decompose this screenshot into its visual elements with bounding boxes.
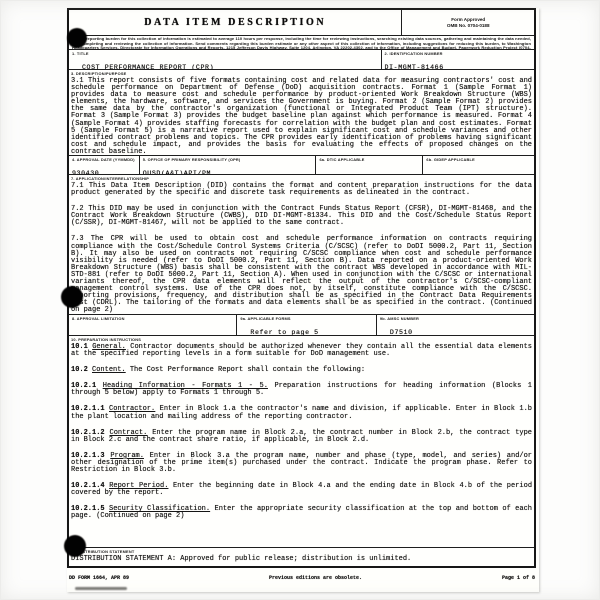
block-3-description-purpose: 3. DESCRIPTION/PURPOSE 3.1 This report c… (69, 69, 534, 155)
form-approved-box: Form Approved OMB No. 0704-0188 (401, 10, 534, 35)
approval-date-label: 4. APPROVAL DATE (YYMMDD) (72, 157, 136, 162)
distribution-statement-value: DISTRIBUTION STATEMENT A: Approved for p… (71, 556, 532, 563)
approval-opr-row: 4. APPROVAL DATE (YYMMDD) 930430 5. OFFI… (69, 155, 534, 174)
instruction-paragraph-10-2-1-4: 10.2.1.4 Report Period. Enter the beginn… (71, 483, 532, 497)
title-label: 1. TITLE (72, 51, 378, 56)
scanned-page: DATA ITEM DESCRIPTION Form Approved OMB … (67, 8, 539, 592)
block-9b-amsc-number: 9b. AMSC NUMBER D7510 (376, 315, 534, 335)
opr-label: 5. OFFICE OF PRIMARY RESPONSIBILITY (OPR… (143, 157, 313, 162)
previous-editions-note: Previous editions are obsolete. (269, 575, 362, 581)
application-interrelationship-label: 7. APPLICATION/INTERRELATIONSHIP (71, 176, 532, 181)
applicable-forms-label: 9a. APPLICABLE FORMS (240, 316, 373, 321)
instruction-paragraph-10-1: 10.1 General. Contractor documents shoul… (71, 344, 532, 358)
block-9a-applicable-forms: 9a. APPLICABLE FORMS Refer to page 5 (236, 315, 376, 335)
application-paragraph-7-2: 7.2 This DID may be used in conjunction … (71, 206, 532, 227)
approval-limitation-label: 8. APPROVAL LIMITATION (72, 316, 233, 321)
hole-punch-icon (61, 286, 83, 308)
block-5-opr: 5. OFFICE OF PRIMARY RESPONSIBILITY (OPR… (139, 156, 316, 174)
gidep-applicable-label: 6b. GIDEP APPLICABLE (426, 157, 531, 162)
dd1664-form: DATA ITEM DESCRIPTION Form Approved OMB … (67, 8, 536, 568)
instruction-paragraph-10-2-1-2: 10.2.1.2 Contract. Enter the program nam… (71, 430, 532, 444)
distribution-statement-label: 11. DISTRIBUTION STATEMENT (71, 549, 532, 554)
page-footer: DD FORM 1664, APR 89 Previous editions a… (69, 575, 535, 581)
block-4-approval-date: 4. APPROVAL DATE (YYMMDD) 930430 (69, 156, 139, 174)
amsc-number-label: 9b. AMSC NUMBER (380, 316, 531, 321)
scan-smudge (75, 587, 127, 590)
omb-number: OMB No. 0704-0188 (447, 23, 490, 29)
paragraph-number: 10.2 (71, 366, 88, 374)
burden-statement: Public reporting burden for this collect… (72, 37, 531, 49)
hole-punch-icon (67, 28, 87, 48)
description-purpose-label: 3. DESCRIPTION/PURPOSE (71, 71, 532, 76)
application-paragraph-7-3: 7.3 The CPR will be used to obtain cost … (71, 236, 532, 314)
block-1-title: 1. TITLE COST PERFORMANCE REPORT (CPR) (69, 50, 381, 69)
approval-limitation-row: 8. APPROVAL LIMITATION 9a. APPLICABLE FO… (69, 314, 534, 335)
block-2-identification-number: 2. IDENTIFICATION NUMBER DI-MGMT-81466 (381, 50, 534, 69)
block-11-distribution-statement: 11. DISTRIBUTION STATEMENT DISTRIBUTION … (69, 547, 534, 566)
block-8-approval-limitation: 8. APPROVAL LIMITATION (69, 315, 236, 335)
dtic-applicable-label: 6a. DTIC APPLICABLE (319, 157, 419, 162)
form-title: DATA ITEM DESCRIPTION (69, 10, 401, 35)
block-6a-dtic-applicable: 6a. DTIC APPLICABLE (315, 156, 422, 174)
form-number: DD FORM 1664, APR 89 (69, 575, 129, 581)
instruction-paragraph-10-2-1-3: 10.2.1.3 Program. Enter in Block 3.a the… (71, 453, 532, 474)
instruction-paragraph-10-2-1: 10.2.1 Heading Information - Formats 1 -… (71, 383, 532, 397)
block-6b-gidep-applicable: 6b. GIDEP APPLICABLE (422, 156, 534, 174)
scanned-document-viewport: DATA ITEM DESCRIPTION Form Approved OMB … (0, 0, 600, 600)
preparation-instructions-label: 10. PREPARATION INSTRUCTIONS (71, 337, 532, 342)
paragraph-text: The Cost Performance Report shall contai… (130, 366, 365, 374)
instruction-paragraph-10-2-1-5: 10.2.1.5 Security Classification. Enter … (71, 506, 532, 520)
block-7-application-interrelationship: 7. APPLICATION/INTERRELATIONSHIP 7.1 Thi… (69, 174, 534, 314)
form-header-row: DATA ITEM DESCRIPTION Form Approved OMB … (69, 10, 534, 35)
block-10-preparation-instructions: 10. PREPARATION INSTRUCTIONS 10.1 Genera… (69, 335, 534, 547)
hole-punch-icon (64, 535, 86, 557)
paragraph-text: Contractor documents should be authorize… (71, 343, 532, 358)
page-number: Page 1 of 8 (502, 575, 535, 581)
identification-number-label: 2. IDENTIFICATION NUMBER (385, 51, 531, 56)
burden-statement-row: Public reporting burden for this collect… (69, 35, 534, 49)
instruction-paragraph-10-2-1-1: 10.2.1.1 Contractor. Enter in Block 1.a … (71, 406, 532, 420)
title-id-row: 1. TITLE COST PERFORMANCE REPORT (CPR) 2… (69, 49, 534, 69)
instruction-paragraph-10-2: 10.2 Content. The Cost Performance Repor… (71, 367, 532, 374)
paragraph-keyword: Content. (92, 366, 126, 374)
description-paragraph-3-1: 3.1 This report consists of five formats… (71, 78, 532, 155)
application-paragraph-7-1: 7.1 This Data Item Description (DID) con… (71, 183, 532, 197)
